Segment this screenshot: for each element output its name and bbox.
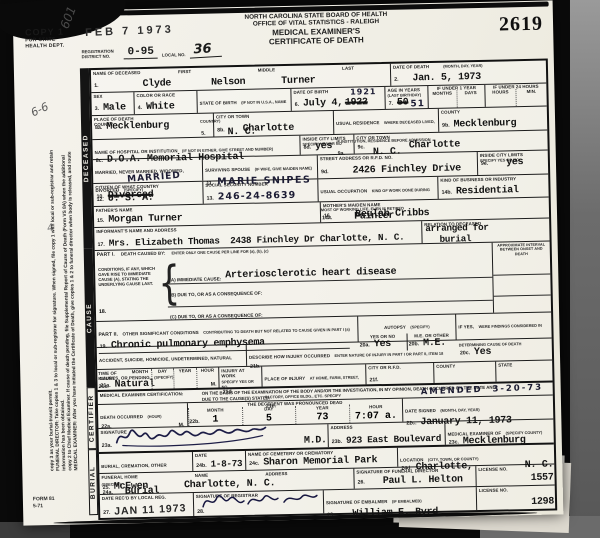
father-value: Morgan Turner [108,213,182,226]
relation-line1: arranged for [425,222,489,234]
pod-county-value: Mecklenburg [106,120,169,132]
fh-name-label: NAME [171,472,231,479]
autopsy-label: AUTOPSY [384,325,406,330]
ssn-label: SOCIAL SECURITY NUMBER [205,180,315,188]
scanner-background-right [570,0,600,538]
dod-paren: (MONTH, DAY, YEAR) [443,63,482,69]
field-state-of-birth: STATE OF BIRTH (IF NOT IN U.S.A., NAME C… [197,89,291,113]
middle-label: MIDDLE [224,67,308,74]
field-number: 14b. [442,190,453,196]
business-label: KIND OF BUSINESS OR INDUSTRY [440,176,546,183]
field-date-received: DATE REC'D BY LOCAL REG. 27. JAN 11 1973 [100,493,194,518]
certification-label: MEDICAL EXAMINER CERTIFICATION: [100,391,196,398]
name-label: NAME OF DECEASED [93,70,145,76]
margin-instructions: MEDICAL EXAMINER: After you have initiat… [23,138,80,471]
first-name-value: Clyde [142,78,171,90]
field-burial-location: LOCATION (CITY, TOWN, OR COUNTY) 24d. Ch… [398,444,554,466]
mother-value: Beulah Cribbs [355,208,429,221]
field-occupation: USUAL OCCUPATION KIND OF WORK DONE DURIN… [318,177,438,202]
under24-min: MIN. [515,89,546,106]
field-business: KIND OF BUSINESS OR INDUSTRY 14b. Reside… [438,175,548,199]
first-label: FIRST [145,68,225,75]
pencil-annotation: 6-6 [29,100,51,119]
death-occurred-label: DEATH OCCURRED [100,414,143,420]
field-number: 25. [103,485,110,491]
field-residence-county: COUNTY 9b. Mecklenburg [439,107,547,132]
field-injury-county: COUNTY [434,362,496,383]
embalmer-value: William E. Byrd [352,507,438,520]
min-label: MIN. [516,89,546,95]
icl2-value: yes [506,157,523,168]
field-interval: APPROXIMATE INTERVAL BETWEEN ONSET AND D… [493,242,551,313]
field-number: 9e. [481,161,488,167]
field-number: 12. [97,197,104,203]
under24-hours: HOURS [485,89,515,106]
registration-district-value: 0-95 [123,46,158,60]
citizen-value: U. S. A. [108,193,154,205]
fh-address-label: ADDRESS [231,470,321,477]
field-number: 24c. [249,461,259,467]
last-label: LAST [308,65,388,72]
field-burial-date: DATE 24b. 1-8-73 [193,451,246,471]
injury-hour: HOUR M. [196,367,219,387]
left-margin: COPY 1 FOR STATE HEALTH DEPT. 601 6-6 4 … [13,10,90,525]
field-if-under-1-year: IF UNDER 1 YEAR MONTHS DAYS [428,85,485,108]
death-occurred-paren: (HOUR) [147,414,161,419]
part2-note: CONTRIBUTING TO DEATH BUT NOT RELATED TO… [203,327,350,335]
field-me-signature: SIGNATURE 23a. M.D. [98,424,328,452]
field-number: 23b. [332,439,343,445]
address-label: ADDRESS [330,423,442,431]
conditions-label: CONDITIONS, IF ANY, WHICH GAVE RISE TO I… [98,266,160,288]
section-label-certifier: CERTIFIER [87,387,97,449]
injury-city-label: CITY OR R.F.D. [368,364,431,371]
field-number: 9b. [442,123,450,129]
field-number: 7. [389,101,393,107]
field-burial-type: BURIAL, CREMATION, OTHER (SPECIFY) 24a. … [99,452,193,473]
autopsy-paren: (SPECIFY) [410,324,429,329]
field-injury-state: STATE [496,360,552,381]
copy-for-line2: HEALTH DEPT. [25,43,64,50]
funeral-home-label: FUNERAL HOME [101,473,171,480]
day-label: DAY [243,406,296,412]
field-number: 23a. [102,443,112,449]
place-of-injury-label: PLACE OF INJURY [264,376,305,382]
field-number: 27. [103,510,110,516]
field-number: 2. [394,77,398,83]
field-number: 9c. [358,144,365,150]
sex-value: Male [103,102,126,113]
funeral-director-value: Paul L. Helton [383,474,463,487]
spouse-label: SURVIVING SPOUSE [205,167,250,173]
copy-number: COPY 1 [25,27,64,38]
icl1-value: yes [315,141,332,152]
dob-year-struck: 1922 [345,97,368,108]
form-number: FORM 81 5-71 [33,496,55,509]
date-signed-paren: (MONTH, DAY, YEAR) [440,407,479,413]
field-manner-of-death: ACCIDENT, SUICIDE, HOMICIDE, UNDETERMINE… [97,345,247,369]
registrar-signature [200,486,321,515]
how-injury-label: DESCRIBE HOW INJURY OCCURRED [249,353,330,360]
field-date-of-death: DATE OF DEATH (MONTH, DAY, YEAR) 2. Jan.… [391,61,546,86]
under1-months: MONTHS [428,91,456,108]
if-yes-label: IF YES, [458,324,474,329]
embalmer-license-value: 1298 [531,496,554,507]
field-inside-city-limits-1: INSIDE CITY LIMITS SPECIFY YES OR NO 8d.… [300,135,354,155]
field-number: 4. [138,105,142,111]
day-label: DAY [152,368,174,374]
one-cause-note: ENTER ONLY ONE CAUSE PER LINE FOR (a), (… [171,248,268,255]
field-number: 8a. [95,124,102,130]
field-residence-state: USUAL RESIDENCE WHERE DECEASED LIVED, IF… [334,109,439,134]
race-value: White [146,101,175,113]
field-number: 26. [358,479,365,485]
field-date-of-birth: DATE OF BIRTH 1921 6. July 4, 1922 [291,87,385,111]
field-inside-city-limits-2: INSIDE CITY LIMITS SPECIFY YES OR NO 9e.… [478,151,548,175]
time-of-injury-label: TIME OF INJURY [98,370,128,381]
year-label: YEAR [174,368,196,374]
interval-rule [493,274,550,276]
registration-district-label: REGISTRATION DISTRICT NO. [82,50,120,61]
pod-city-label: CITY OR TOWN [216,112,331,120]
section-label-burial: BURIAL [88,449,98,515]
certificate-number: 2619 [499,13,543,37]
pronounced-year: YEAR 73 [295,405,349,424]
field-citizen: CITIZEN OF WHAT COUNTRY 12. U. S. A. [93,182,203,206]
field-number: 17. [98,242,105,248]
field-number: 21f. [369,377,378,383]
field-number: 1. [94,83,98,89]
field-number: 8b. [217,127,225,133]
dod-label: DATE OF DEATH [393,64,429,70]
field-me-address: ADDRESS 23b. 923 East Boulevard [328,422,445,447]
spouse-paren: (IF WIFE, GIVE MAIDEN NAME) [255,165,312,171]
certificate-paper: COPY 1 FOR STATE HEALTH DEPT. 601 6-6 4 … [13,0,564,525]
field-funeral-director: SIGNATURE OF FUNERAL DIRECTOR 26. Paul L… [354,466,476,489]
form-code: FORM 81 [33,496,55,503]
how-injury-note: ENTER NATURE OF INJURY IN PART I OR PART… [334,351,443,358]
pronounced-year-value: 73 [296,412,349,424]
under1-days: DAYS [456,90,485,107]
injury-day: DAY [151,368,174,388]
residence-label: USUAL RESIDENCE [336,120,379,126]
field-number: 13. [207,196,214,202]
field-place-of-injury: PLACE OF INJURY AT HOME, FARM, STREET, F… [262,364,366,386]
injury-at-work-label: INJURY AT WORK [221,368,259,379]
field-number: 8d. [304,145,312,151]
field-cemetery: NAME OF CEMETERY OR CREMATORY 24c. Sharo… [246,448,398,470]
form-area: FEB 7 1973 REGISTRATION DISTRICT NO. 0-9… [79,5,557,521]
address-value: 923 East Boulevard [346,433,441,446]
business-value: Residential [456,185,519,197]
field-date-signed: DATE SIGNED (MONTH, DAY, YEAR) 22c. Janu… [403,395,553,421]
part2-title: OTHER SIGNIFICANT CONDITIONS [122,330,198,337]
form-header: FEB 7 1973 REGISTRATION DISTRICT NO. 0-9… [79,5,548,69]
field-number: 29. [327,512,334,518]
field-surviving-spouse: SURVIVING SPOUSE (IF WIFE, GIVE MAIDEN N… [203,155,318,180]
citizen-label: CITIZEN OF WHAT COUNTRY [95,183,200,190]
pod-city-value: Charlotte [243,123,295,135]
date-signed-label: DATE SIGNED [405,408,436,414]
field-number: 24b. [196,463,207,469]
injury-year: YEAR [173,368,196,388]
medical-examiner-signature [112,417,271,450]
residence-county-label: COUNTY [441,108,545,115]
field-residence-city: CITY OR TOWN 9c. Charlotte [354,131,547,154]
brace-decoration [158,256,181,310]
form-table: NAME OF DECEASED FIRST MIDDLE LAST 1. Cl… [89,59,557,521]
hour-label: HOUR [197,367,219,373]
field-autopsy-group: AUTOPSY (SPECIFY) YES OR NO 20a. Yes M.E… [358,314,457,341]
form-revision: 5-71 [33,502,55,509]
field-number: 3. [95,106,99,112]
local-no-label: LOCAL NO. [162,53,186,58]
field-if-under-24-hours: IF UNDER 24 HOURS HOURS MIN. [485,84,546,107]
due-to-b-label: (b) DUE TO, OR AS A CONSEQUENCE OF: [170,291,263,298]
interval-label-2: BETWEEN ONSET AND DEATH [495,247,548,257]
field-number: 6. [295,102,299,108]
birth-state-label: STATE OF BIRTH [200,100,237,106]
field-relation: RELATION TO DECEASED arranged for burial [422,219,549,244]
month-label: MONTH [129,369,151,375]
field-marital-status: MARRIED, NEVER MARRIED, WIDOWED, DIVORCE… [93,158,203,183]
field-findings: IF YES, WERE FINDINGS CONSIDERED IN DETE… [456,313,552,340]
received-date-stamp: FEB 7 1973 [85,24,174,39]
month-label: MONTH [189,407,242,413]
cemetery-value: Sharon Memorial Park [263,455,377,468]
field-injury-at-work: INJURY AT WORK SPECIFY YES OR NO 21d. [219,367,262,388]
field-embalmer: SIGNATURE OF EMBALMER (IF EMBALMED) 29. … [324,487,477,513]
field-place-of-death-county: PLACE OF DEATH COUNTY 8a. Mecklenburg [92,114,214,140]
field-embalmer-license: LICENSE NO. 1298 [477,485,555,510]
field-number: 18. [99,309,106,315]
date-received-label: DATE REC'D BY LOCAL REG. [102,494,191,501]
form-table-wrap: DECEASED CAUSE CERTIFIER BURIAL NAME OF … [80,59,557,521]
header-titles: NORTH CAROLINA STATE BOARD OF HEALTH OFF… [197,10,436,48]
part1-label: PART I. [97,252,115,258]
burial-date-value: 1-8-73 [210,458,242,470]
last-name-value: Turner [281,75,315,87]
field-sex: SEX 3. Male [91,92,134,115]
field-me-county: MEDICAL EXAMINER OF (SPECIFY COUNTY) 23c… [445,419,553,444]
residence-city-value: Charlotte [409,139,461,151]
field-number: 23c. [449,439,459,445]
field-ssn: SOCIAL SECURITY NUMBER 13. 246-24-8639 [203,179,318,203]
license-label: LICENSE NO. [479,487,553,494]
field-place-of-death-city: CITY OR TOWN 8b. Charlotte [214,111,334,137]
year-label: YEAR [296,405,349,411]
street-label: STREET ADDRESS OR R.F.D. NO. [320,153,475,162]
cause-lines: PART I. DEATH CAUSED BY: ENTER ONLY ONE … [95,243,494,321]
field-number: 21c. [98,383,126,390]
ssn-value: 246-24-8639 [218,190,297,203]
burial-type-label: BURIAL, CREMATION, OTHER [101,463,167,469]
middle-name-value: Nelson [211,77,245,89]
section-cause-part1: PART I. DEATH CAUSED BY: ENTER ONLY ONE … [95,241,551,322]
sex-label: SEX [93,93,131,99]
date-of-death-value: Jan. 5, 1973 [412,72,481,84]
injury-month: MONTH [129,369,151,389]
copy-designation: COPY 1 FOR STATE HEALTH DEPT. [25,27,65,50]
field-number: 15. [97,218,104,224]
occupation-label: USUAL OCCUPATION [320,188,367,194]
meridiem-mark: M. [197,382,217,388]
field-injury-city: CITY OR R.F.D. 21f. [366,363,434,384]
race-label: COLOR or RACE [136,92,194,98]
field-age: AGE IN YEARS (LAST BIRTHDAY) 7. 50 51 [385,86,428,109]
license-label: LICENSE NO. [478,466,552,473]
signature-md: M.D. [304,435,327,446]
hours-label: HOURS [485,89,515,95]
funeral-home-name: McEwen [114,481,148,493]
interval-rule [494,295,551,297]
field-time-of-injury: TIME OF INJURY 21c. MONTH DAY YEAR HOUR … [97,367,219,390]
part2-label: PART II. [98,332,118,338]
age-struck: 50 [397,98,409,109]
residence-county-value: Mecklenburg [454,118,517,130]
street-value: 2426 Finchley Drive [352,163,461,176]
dob-year-corrected: 1921 [350,87,376,97]
field-street-address: STREET ADDRESS OR R.F.D. NO. 9d. 2426 Fi… [318,152,478,178]
field-number: 16. [324,213,331,219]
months-label: MONTHS [428,91,456,97]
injury-county-label: COUNTY [436,363,493,369]
hour-label: HOUR [349,404,402,410]
fd-license-value: 1557 [531,472,554,483]
days-label: DAYS [457,90,485,96]
scanned-death-certificate: COPY 1 FOR STATE HEALTH DEPT. 601 6-6 4 … [0,0,600,538]
injury-state-label: STATE [498,362,550,368]
immediate-cause-value: Arteriosclerotic heart disease [225,267,396,282]
field-fd-license: LICENSE NO. 1557 [476,464,554,486]
field-number: 9d. [321,169,329,175]
pronounced-hour-value: 7:07 a. [350,411,403,423]
embalmer-label: SIGNATURE OF EMBALMER [326,499,388,505]
field-race: COLOR or RACE 4. White [134,91,197,114]
date-received-stamp: JAN 11 1973 [114,502,187,517]
field-registrar-signature: SIGNATURE OF REGISTRAR 28. [194,490,324,516]
embalmer-paren: (IF EMBALMED) [392,498,422,504]
pronounced-hour: HOUR 7:07 a. [348,404,402,423]
dob-value: July 4, [303,98,343,110]
